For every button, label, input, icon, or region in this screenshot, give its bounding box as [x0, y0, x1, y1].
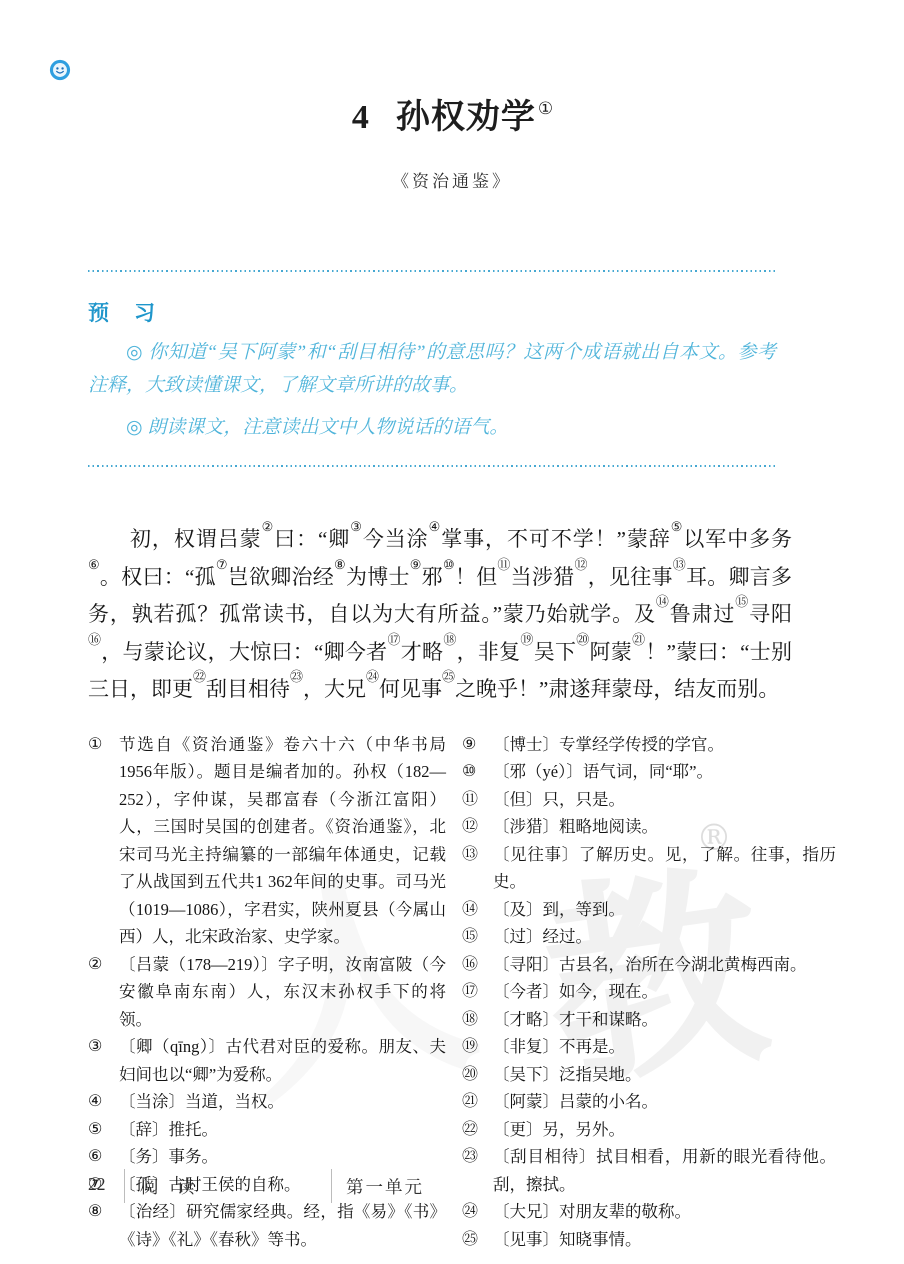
- footnote-item: ⑧ 〔治经〕研究儒家经典。经，指《易》《书》《诗》《礼》《春秋》等书。: [88, 1198, 446, 1253]
- textbook-page: 人 教 ® 4孙权劝学① 《资治通鉴》 预 习 ◎ 你知道“吴: [0, 0, 904, 1264]
- lesson-title: 4孙权劝学①: [0, 0, 904, 147]
- footnote-text: 〔邪（yé）〕语气词，同“耶”。: [493, 758, 836, 786]
- lesson-number: 4: [352, 99, 370, 136]
- footer-divider: [331, 1169, 332, 1203]
- footnote-text: 〔非复〕不再是。: [493, 1033, 836, 1061]
- lesson-body-text: 初，权谓吕蒙②曰：“卿③今当涂④掌事，不可不学！”蒙辞⑤以军中多务⑥。权曰：“孤…: [88, 521, 792, 709]
- footnote-number: ①: [88, 731, 119, 759]
- footnote-item: ㉕ 〔见事〕知晓事情。: [462, 1226, 836, 1254]
- footnote-item: ⑱ 〔才略〕才干和谋略。: [462, 1006, 836, 1034]
- footnote-text: 〔吕蒙（178—219）〕字子明，汝南富陂（今安徽阜南东南）人，东汉末孙权手下的…: [119, 951, 446, 1034]
- footnote-text: 〔过〕经过。: [493, 923, 836, 951]
- footer-divider: [124, 1169, 125, 1203]
- footnote-item: ⑬ 〔见往事〕了解历史。见，了解。往事，指历史。: [462, 841, 836, 896]
- footnote-number: ⑩: [462, 758, 493, 786]
- footnote-item: ㉑ 〔阿蒙〕吕蒙的小名。: [462, 1088, 836, 1116]
- footer-unit-label: 第一单元: [346, 1174, 424, 1199]
- smiley-face-icon: [49, 59, 71, 81]
- footnote-text: 〔务〕事务。: [119, 1143, 446, 1171]
- footnote-number: ⑮: [462, 923, 493, 951]
- footnote-text: 〔涉猎〕粗略地阅读。: [493, 813, 836, 841]
- lesson-title-text: 孙权劝学: [396, 99, 536, 136]
- footnote-item: ⑨ 〔博士〕专掌经学传授的学官。: [462, 731, 836, 759]
- dotted-rule-bottom: [88, 465, 776, 467]
- footnote-text: 〔但〕只，只是。: [493, 786, 836, 814]
- footnote-item: ⑥ 〔务〕事务。: [88, 1143, 446, 1171]
- footnote-number: ②: [88, 951, 119, 979]
- preview-heading: 预 习: [88, 297, 776, 327]
- footnote-number: ⑫: [462, 813, 493, 841]
- text-source: 《资治通鉴》: [0, 167, 904, 192]
- footnote-number: ③: [88, 1033, 119, 1061]
- title-footnote-ref: ①: [538, 99, 554, 118]
- footnote-text: 〔治经〕研究儒家经典。经，指《易》《书》《诗》《礼》《春秋》等书。: [119, 1198, 446, 1253]
- footnote-number: ㉒: [462, 1116, 493, 1144]
- footnote-item: ⑯ 〔寻阳〕古县名，治所在今湖北黄梅西南。: [462, 951, 836, 979]
- footnote-text: 〔博士〕专掌经学传授的学官。: [493, 731, 836, 759]
- preview-section: 预 习 ◎ 你知道“吴下阿蒙”和“刮目相待”的意思吗？这两个成语就出自本文。参考…: [88, 270, 776, 467]
- footnote-text: 〔见事〕知晓事情。: [493, 1226, 836, 1254]
- footnote-item: ③ 〔卿（qīng）〕古代君对臣的爱称。朋友、夫妇间也以“卿”为爱称。: [88, 1033, 446, 1088]
- footnote-item: ⑲ 〔非复〕不再是。: [462, 1033, 836, 1061]
- footnote-number: ㉓: [462, 1143, 493, 1171]
- footnote-text: 〔寻阳〕古县名，治所在今湖北黄梅西南。: [493, 951, 836, 979]
- footnote-number: ㉑: [462, 1088, 493, 1116]
- footnote-text: 〔才略〕才干和谋略。: [493, 1006, 836, 1034]
- footer-section-label: 阅 读: [141, 1174, 201, 1199]
- footnote-item: ⑩ 〔邪（yé）〕语气词，同“耶”。: [462, 758, 836, 786]
- footnote-text: 〔及〕到，等到。: [493, 896, 836, 924]
- footnote-item: ② 〔吕蒙（178—219）〕字子明，汝南富陂（今安徽阜南东南）人，东汉末孙权手…: [88, 951, 446, 1034]
- footnote-text: 〔当涂〕当道，当权。: [119, 1088, 446, 1116]
- footnote-text: 〔更〕另，另外。: [493, 1116, 836, 1144]
- preview-item: ◎ 你知道“吴下阿蒙”和“刮目相待”的意思吗？这两个成语就出自本文。参考注释，大…: [88, 336, 776, 402]
- footnote-text: 节选自《资治通鉴》卷六十六（中华书局1956年版）。题目是编者加的。孙权（182…: [119, 731, 446, 951]
- footnote-item: ⑫ 〔涉猎〕粗略地阅读。: [462, 813, 836, 841]
- footnote-number: ⑥: [88, 1143, 119, 1171]
- footnote-number: ⑨: [462, 731, 493, 759]
- footnote-item: ㉒ 〔更〕另，另外。: [462, 1116, 836, 1144]
- footnote-number: ⑬: [462, 841, 493, 869]
- footnote-number: ⑳: [462, 1061, 493, 1089]
- footnote-number: ⑲: [462, 1033, 493, 1061]
- footnote-item: ⑳ 〔吴下〕泛指吴地。: [462, 1061, 836, 1089]
- footnote-text: 〔卿（qīng）〕古代君对臣的爱称。朋友、夫妇间也以“卿”为爱称。: [119, 1033, 446, 1088]
- footnote-item: ⑤ 〔辞〕推托。: [88, 1116, 446, 1144]
- preview-item-list: ◎ 你知道“吴下阿蒙”和“刮目相待”的意思吗？这两个成语就出自本文。参考注释，大…: [88, 336, 776, 444]
- footnote-text: 〔阿蒙〕吕蒙的小名。: [493, 1088, 836, 1116]
- page-footer: 22 阅 读 第一单元: [0, 1171, 904, 1203]
- footnote-number: ⑱: [462, 1006, 493, 1034]
- footnote-number: ⑤: [88, 1116, 119, 1144]
- footnote-number: ㉕: [462, 1226, 493, 1254]
- page-number: 22: [88, 1174, 106, 1195]
- footnote-number: ⑯: [462, 951, 493, 979]
- footnote-text: 〔见往事〕了解历史。见，了解。往事，指历史。: [493, 841, 836, 896]
- footnote-item: ⑭ 〔及〕到，等到。: [462, 896, 836, 924]
- footnote-number: ⑰: [462, 978, 493, 1006]
- footnote-text: 〔辞〕推托。: [119, 1116, 446, 1144]
- footnote-number: ⑭: [462, 896, 493, 924]
- footnote-number: ⑪: [462, 786, 493, 814]
- footnote-item: ⑪ 〔但〕只，只是。: [462, 786, 836, 814]
- footnote-number: ④: [88, 1088, 119, 1116]
- footnote-item: ⑰ 〔今者〕如今，现在。: [462, 978, 836, 1006]
- footnote-item: ④ 〔当涂〕当道，当权。: [88, 1088, 446, 1116]
- footnote-text: 〔今者〕如今，现在。: [493, 978, 836, 1006]
- footnote-item: ⑮ 〔过〕经过。: [462, 923, 836, 951]
- preview-item: ◎ 朗读课文，注意读出文中人物说话的语气。: [88, 411, 776, 444]
- footnote-text: 〔吴下〕泛指吴地。: [493, 1061, 836, 1089]
- footnote-item: ① 节选自《资治通鉴》卷六十六（中华书局1956年版）。题目是编者加的。孙权（1…: [88, 731, 446, 951]
